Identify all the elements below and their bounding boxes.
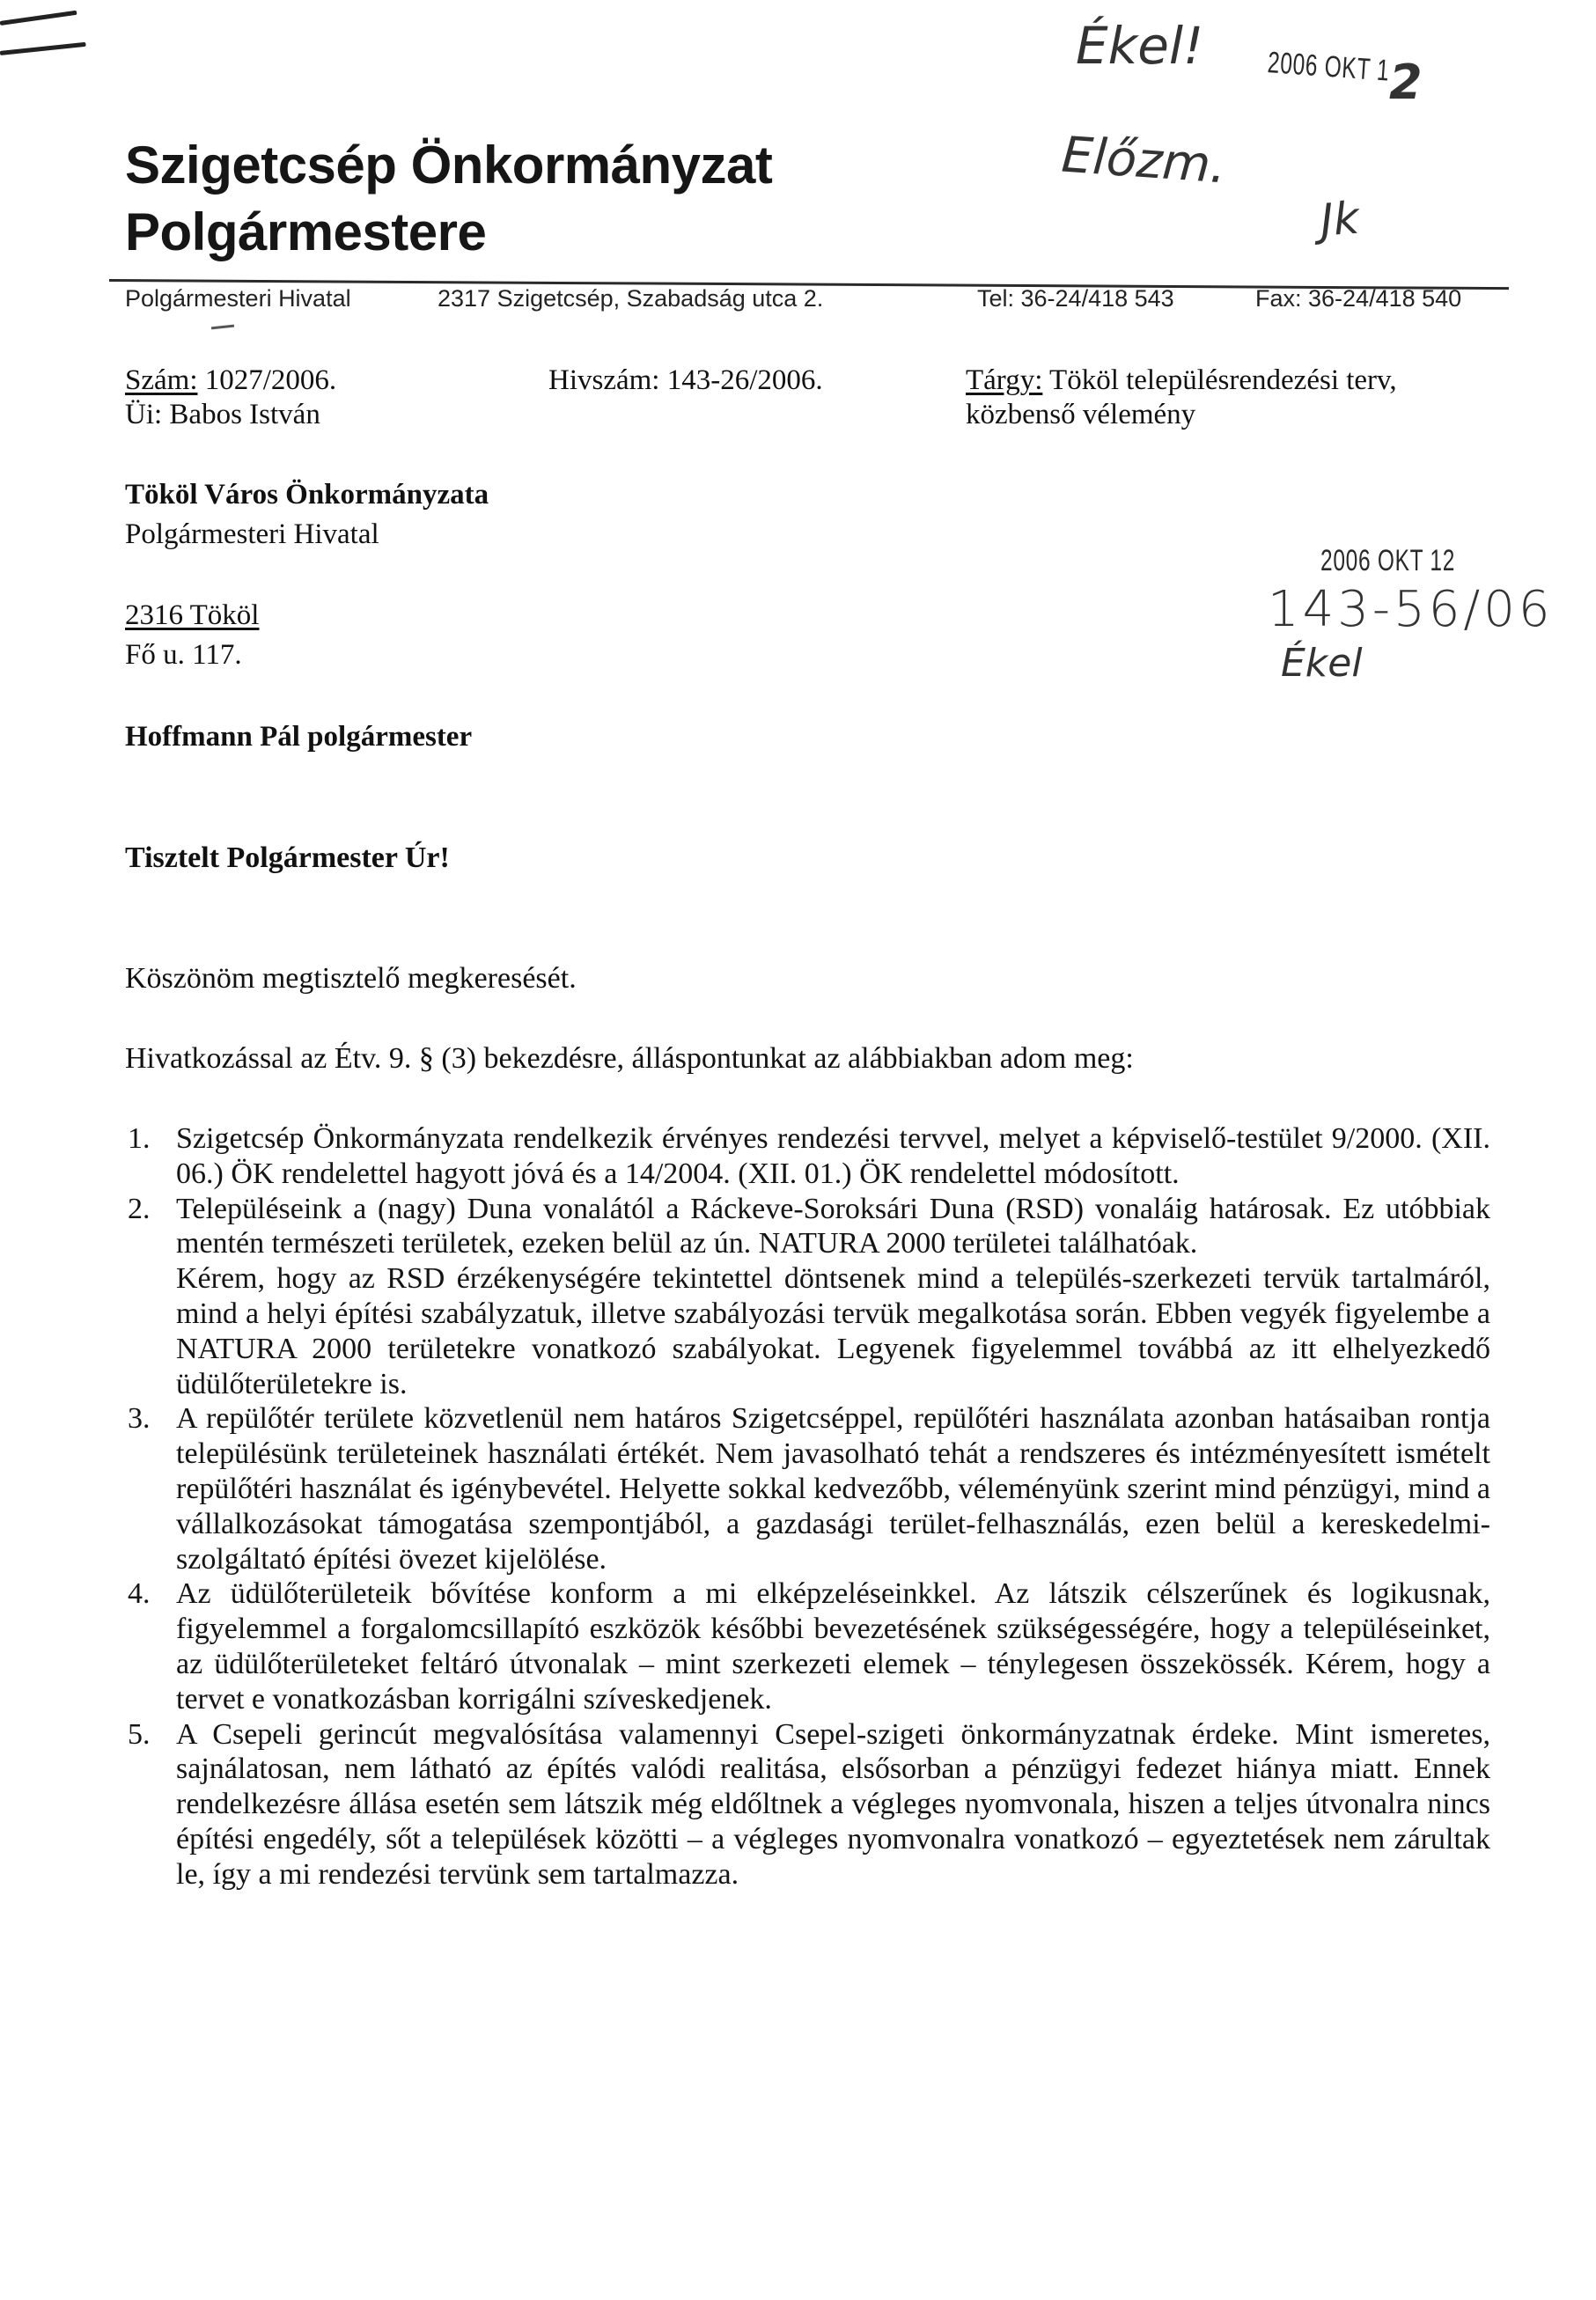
recipient-city: 2316 Tököl — [125, 599, 259, 633]
received-date-stamp: 2006 OKT 1 — [1267, 46, 1391, 89]
thanks-line: Köszönöm megtisztelő megkeresését. — [125, 961, 577, 996]
list-item-number: 2. — [128, 1192, 151, 1227]
letterhead-office: Polgármesteri Hivatal — [125, 284, 351, 312]
letterhead-fax: Fax: 36-24/418 540 — [1255, 284, 1461, 312]
subject: Tárgy: Tököl településrendezési terv, kö… — [966, 364, 1397, 432]
letterhead-address: 2317 Szigetcsép, Szabadság utca 2. — [438, 284, 823, 312]
letterhead-title-line1: Szigetcsép Önkormányzat — [125, 132, 772, 199]
stray-mark — [211, 325, 234, 330]
szam-value: 1027/2006. — [205, 364, 336, 396]
recipient-street: Fő u. 117. — [125, 638, 242, 672]
list-item: 3. A repülőtér területe közvetlenül nem … — [128, 1401, 1490, 1576]
staple-mark — [0, 11, 77, 26]
recipient-office: Polgármesteri Hivatal — [125, 518, 379, 552]
letterhead-tel: Tel: 36-24/418 543 — [977, 284, 1174, 312]
list-item-number: 5. — [128, 1717, 151, 1753]
reference-number: Szám: 1027/2006. — [125, 364, 336, 398]
handwritten-note-elozm: Előzm. — [1060, 127, 1228, 195]
list-item-text: Kérem, hogy az RSD érzékenységére tekint… — [176, 1261, 1490, 1401]
staple-mark — [0, 42, 86, 55]
recipient-organization: Tököl Város Önkormányzata — [125, 478, 489, 512]
handwritten-note-ekel: Ékel! — [1076, 16, 1203, 76]
targy-value-line2: közbenső vélemény — [966, 398, 1397, 432]
targy-value-line1: Tököl településrendezési terv, — [1049, 364, 1397, 396]
handler: Üi: Babos István — [125, 398, 320, 432]
list-item: 1. Szigetcsép Önkormányzata rendelkezik … — [128, 1121, 1490, 1192]
handwritten-signature: Jk — [1319, 193, 1361, 246]
letterhead-title: Szigetcsép Önkormányzat Polgármestere — [125, 132, 772, 266]
list-item-number: 1. — [128, 1121, 151, 1157]
list-item-text: Szigetcsép Önkormányzata rendelkezik érv… — [176, 1121, 1490, 1192]
opinion-list: 1. Szigetcsép Önkormányzata rendelkezik … — [128, 1121, 1490, 1892]
registration-date-stamp: 2006 OKT 12 — [1320, 544, 1455, 578]
hivszam: Hivszám: 143-26/2006. — [548, 364, 823, 398]
list-item-text: A repülőtér területe közvetlenül nem hat… — [176, 1401, 1490, 1576]
handwritten-stamp-day: 2 — [1389, 55, 1423, 110]
ui-label: Üi: — [125, 399, 162, 430]
list-item-text: Településeink a (nagy) Duna vonalától a … — [176, 1192, 1490, 1262]
list-item-number: 3. — [128, 1401, 151, 1437]
list-item-number: 4. — [128, 1576, 151, 1612]
szam-label: Szám: — [125, 364, 197, 396]
letterhead-title-line2: Polgármestere — [125, 199, 772, 266]
list-item: 5. A Csepeli gerincút megvalósítása vala… — [128, 1717, 1490, 1892]
ui-value: Babos István — [169, 399, 320, 430]
list-item-text: Az üdülőterületeik bővítése konform a mi… — [176, 1576, 1490, 1716]
targy-label: Tárgy: — [966, 364, 1042, 396]
list-item-text: A Csepeli gerincút megvalósítása valamen… — [176, 1717, 1490, 1892]
handwritten-registration-number: 143-56/06 — [1268, 581, 1553, 638]
recipient-person: Hoffmann Pál polgármester — [125, 720, 472, 754]
stamp-date-text: 2006 OKT 1 — [1267, 46, 1391, 88]
registration-stamp-text: 2006 OKT 12 — [1320, 544, 1455, 577]
list-item: 2. Településeink a (nagy) Duna vonalától… — [128, 1192, 1490, 1402]
list-item: 4. Az üdülőterületeik bővítése konform a… — [128, 1576, 1490, 1716]
salutation: Tisztelt Polgármester Úr! — [125, 841, 450, 875]
intro-line: Hivatkozással az Étv. 9. § (3) bekezdésr… — [125, 1041, 1134, 1076]
handwritten-note-ekel-2: Ékel — [1281, 641, 1363, 686]
